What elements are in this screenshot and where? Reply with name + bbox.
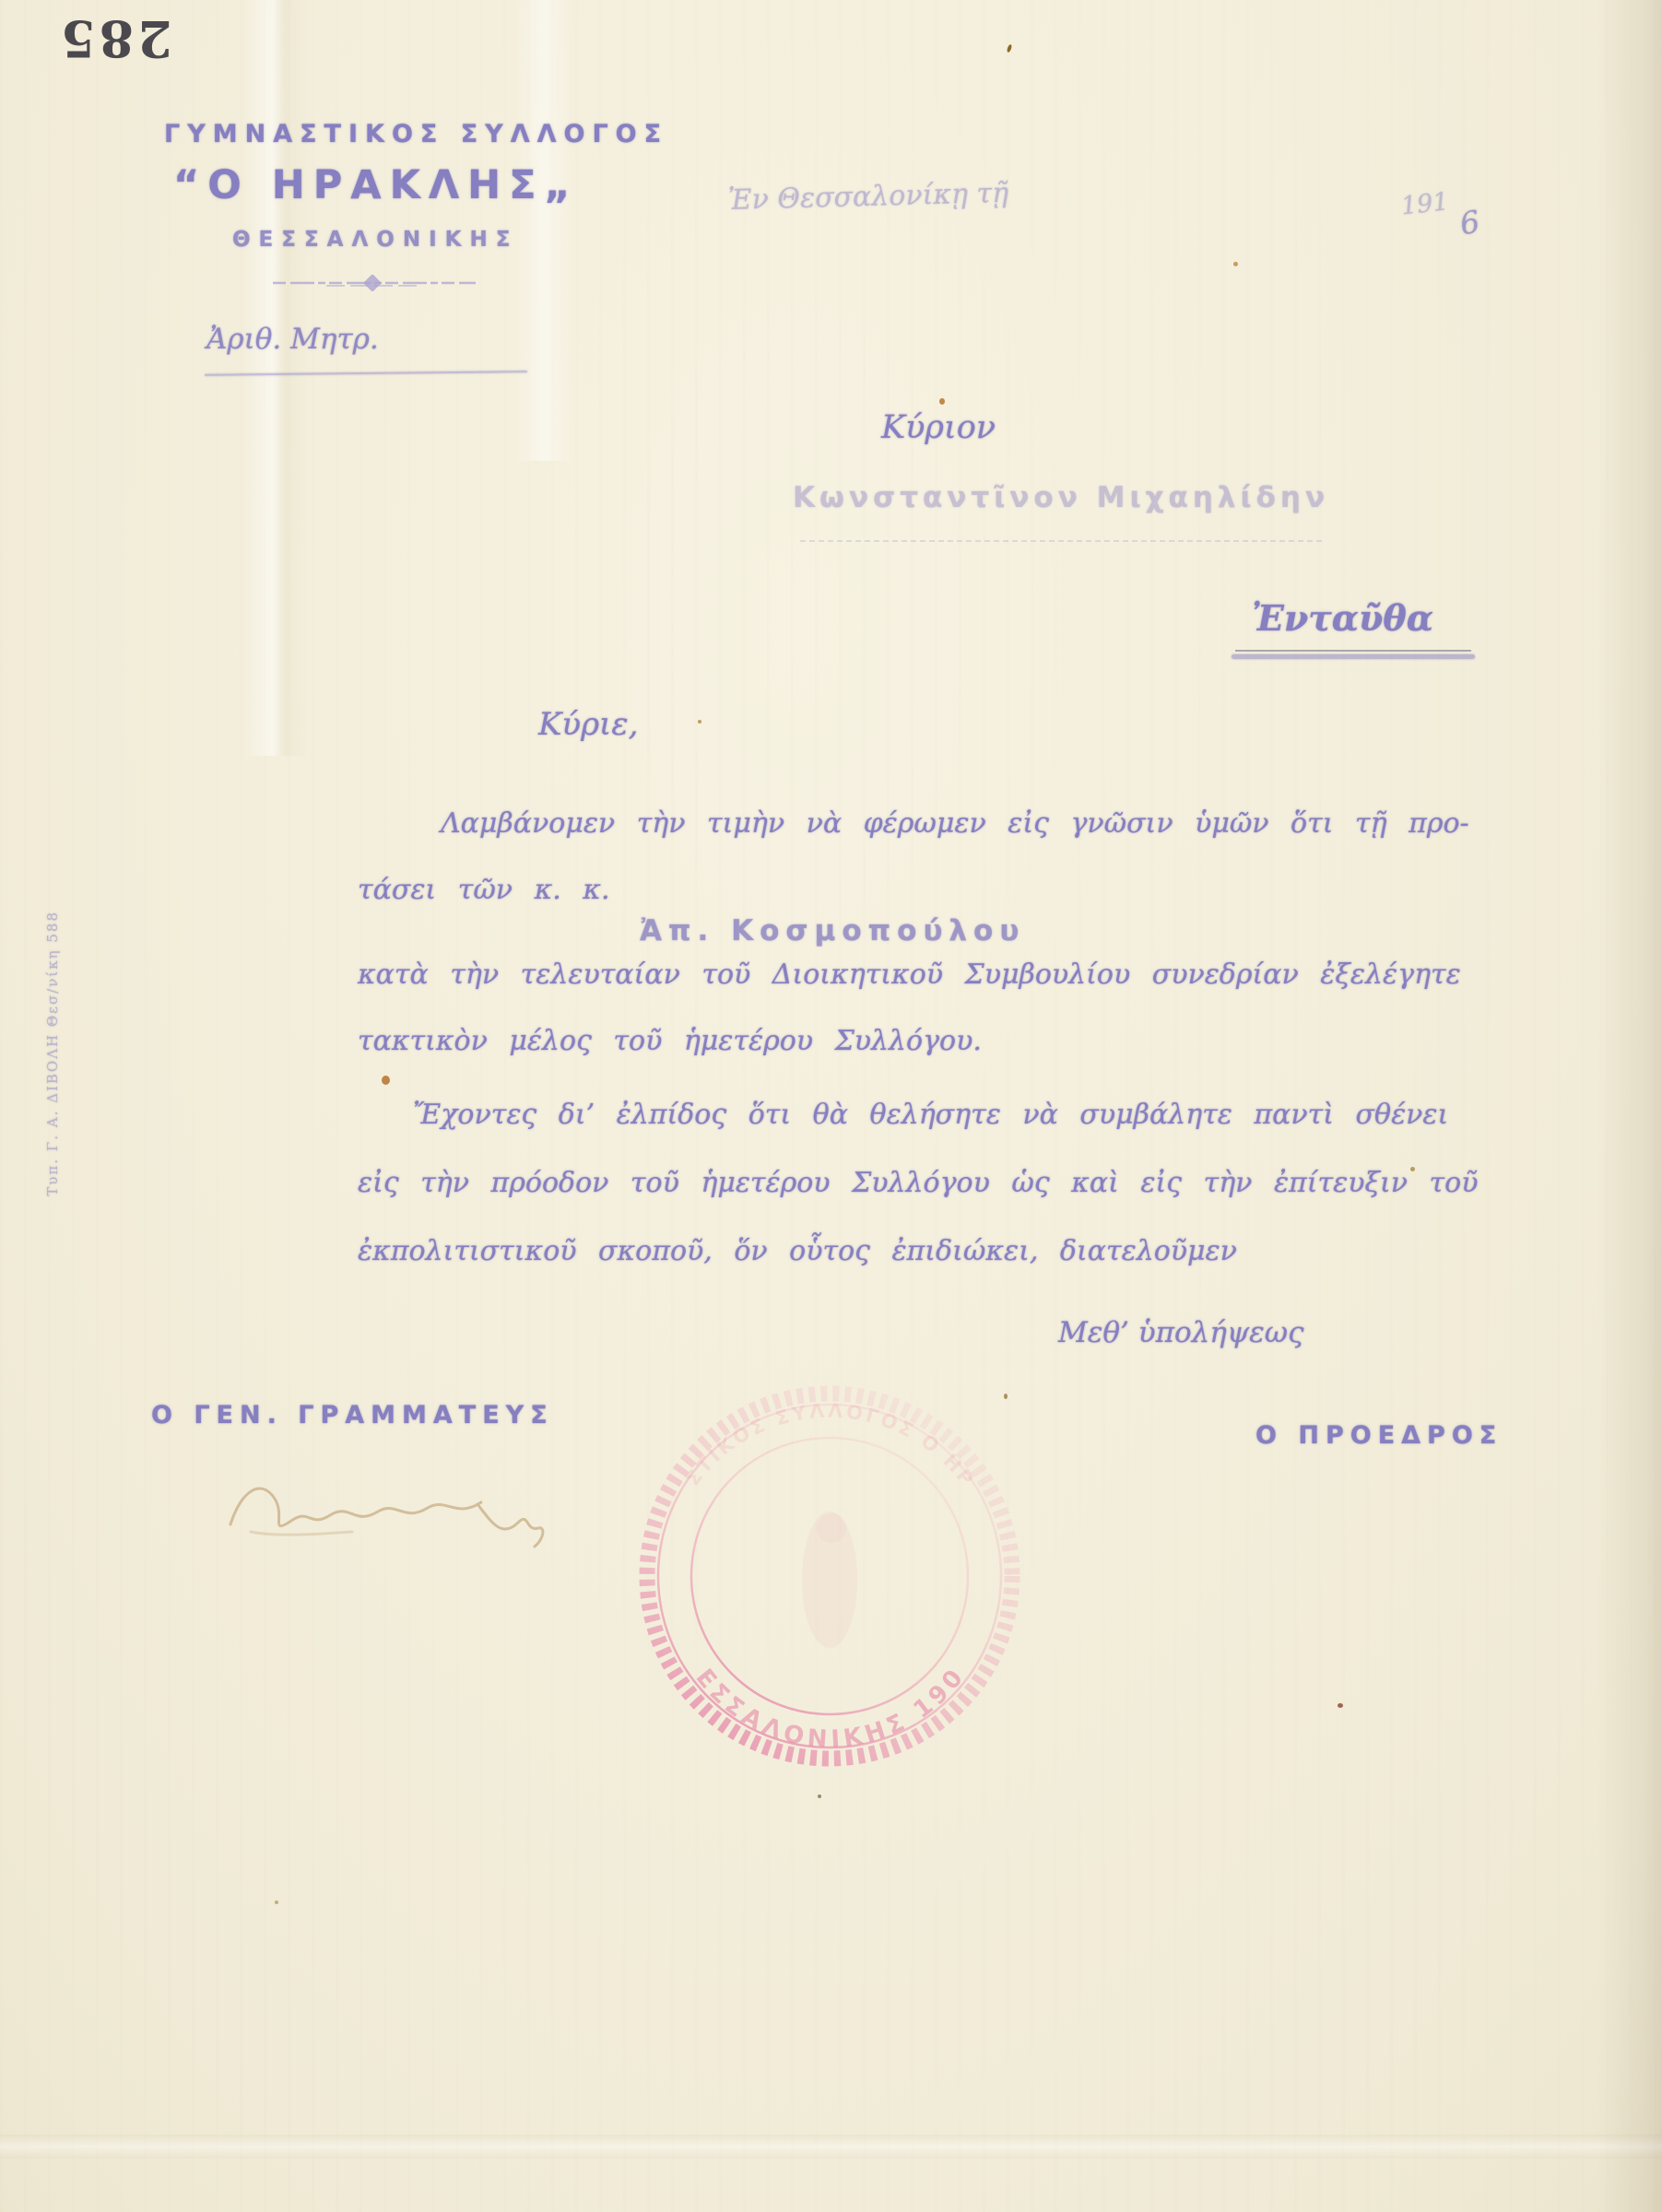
letterhead-club-name: “Ο ΗΡΑΚΛΗΣ„ bbox=[173, 162, 579, 208]
paper-crease bbox=[0, 2135, 1662, 2159]
svg-text:ΓΥΜΝΑΣΤΙΚΟΣ ΣΥΛΛΟΓΟΣ Ο ΗΡΑΚΛΗΣ: ΓΥΜΝΑΣΤΙΚΟΣ ΣΥΛΛΟΓΟΣ Ο ΗΡΑΚΛΗΣ bbox=[599, 1344, 979, 1492]
paper-speck bbox=[1410, 1167, 1415, 1171]
printer-mark: Τυπ. Γ. Α. ΔΙΒΟΛΗ Θεσ/νίκη 588 bbox=[44, 911, 61, 1196]
scanned-letter-page: { "document": { "archive_number": "285",… bbox=[0, 0, 1662, 2212]
location-underline bbox=[1235, 650, 1471, 652]
body-line-4: τακτικὸν μέλος τοῦ ἡμετέρου Συλλόγου. bbox=[358, 1025, 982, 1057]
body-line-5: Ἔχοντες δι’ ἐλπίδος ὅτι θὰ θελήσητε νὰ σ… bbox=[413, 1099, 1448, 1131]
paper-speck bbox=[939, 398, 945, 405]
addressee-name: Κωνσταντῖνον Μιχαηλίδην bbox=[793, 481, 1329, 514]
body-line-7: ἐκπολιτιστικοῦ σκοποῦ, ὅν οὗτος ἐπιδιώκε… bbox=[358, 1235, 1237, 1267]
paper-speck bbox=[275, 1900, 278, 1904]
president-label: Ο ΠΡΟΕΔΡΟΣ bbox=[1255, 1421, 1503, 1450]
body-line-3: κατὰ τὴν τελευταίαν τοῦ Διοικητικοῦ Συμβ… bbox=[358, 959, 1461, 991]
registry-number-label: Ἀριθ. Μητρ. bbox=[206, 323, 379, 356]
body-line-6: εἰς τὴν πρόοδον τοῦ ἡμετέρου Συλλόγου ὡς… bbox=[358, 1167, 1478, 1199]
letterhead-city: ΘΕΣΣΑΛΟΝΙΚΗΣ bbox=[232, 228, 518, 252]
location-underline bbox=[1232, 654, 1475, 659]
salutation: Κύριε, bbox=[538, 706, 638, 743]
paper-speck bbox=[698, 720, 701, 724]
addressee-underline bbox=[800, 540, 1322, 542]
paper-speck bbox=[1338, 1703, 1343, 1708]
paper-crease bbox=[516, 0, 572, 461]
secretary-signature bbox=[214, 1443, 564, 1572]
body-line-1: Λαμβάνομεν τὴν τιμὴν νὰ φέρωμεν εἰς γνῶσ… bbox=[441, 807, 1469, 840]
closing-line: Μεθ’ ὑπολήψεως bbox=[1058, 1316, 1303, 1349]
stamp-text-top: ΓΥΜΝΑΣΤΙΚΟΣ ΣΥΛΛΟΓΟΣ Ο ΗΡΑΚΛΗΣ bbox=[599, 1344, 979, 1492]
paper-speck bbox=[1004, 1394, 1008, 1399]
letterhead-organization: ΓΥΜΝΑΣΤΙΚΟΣ ΣΥΛΛΟΓΟΣ bbox=[164, 120, 668, 148]
paper-speck bbox=[818, 1794, 821, 1798]
paper-crease bbox=[235, 0, 318, 756]
location-line: Ἐνταῦθα bbox=[1252, 597, 1433, 639]
archive-number: 285 bbox=[57, 9, 172, 68]
letterhead-ornament bbox=[271, 275, 477, 295]
dateline-year-printed: 191 bbox=[1400, 187, 1451, 220]
paper-speck bbox=[1233, 262, 1238, 266]
body-line-2: τάσει τῶν κ. κ. bbox=[358, 874, 610, 906]
proposer-name: Ἀπ. Κοσμοπούλου bbox=[640, 914, 1025, 947]
paper-speck bbox=[382, 1076, 390, 1085]
page-edge-shadow bbox=[1597, 0, 1662, 2212]
addressee-title: Κύριον bbox=[881, 409, 996, 446]
secretary-label: Ο ΓΕΝ. ΓΡΑΜΜΑΤΕΥΣ bbox=[151, 1401, 554, 1430]
club-stamp: ΓΥΜΝΑΣΤΙΚΟΣ ΣΥΛΛΟΓΟΣ Ο ΗΡΑΚΛΗΣ ΘΕΣΣΑΛΟΝΙ… bbox=[599, 1344, 1060, 1805]
